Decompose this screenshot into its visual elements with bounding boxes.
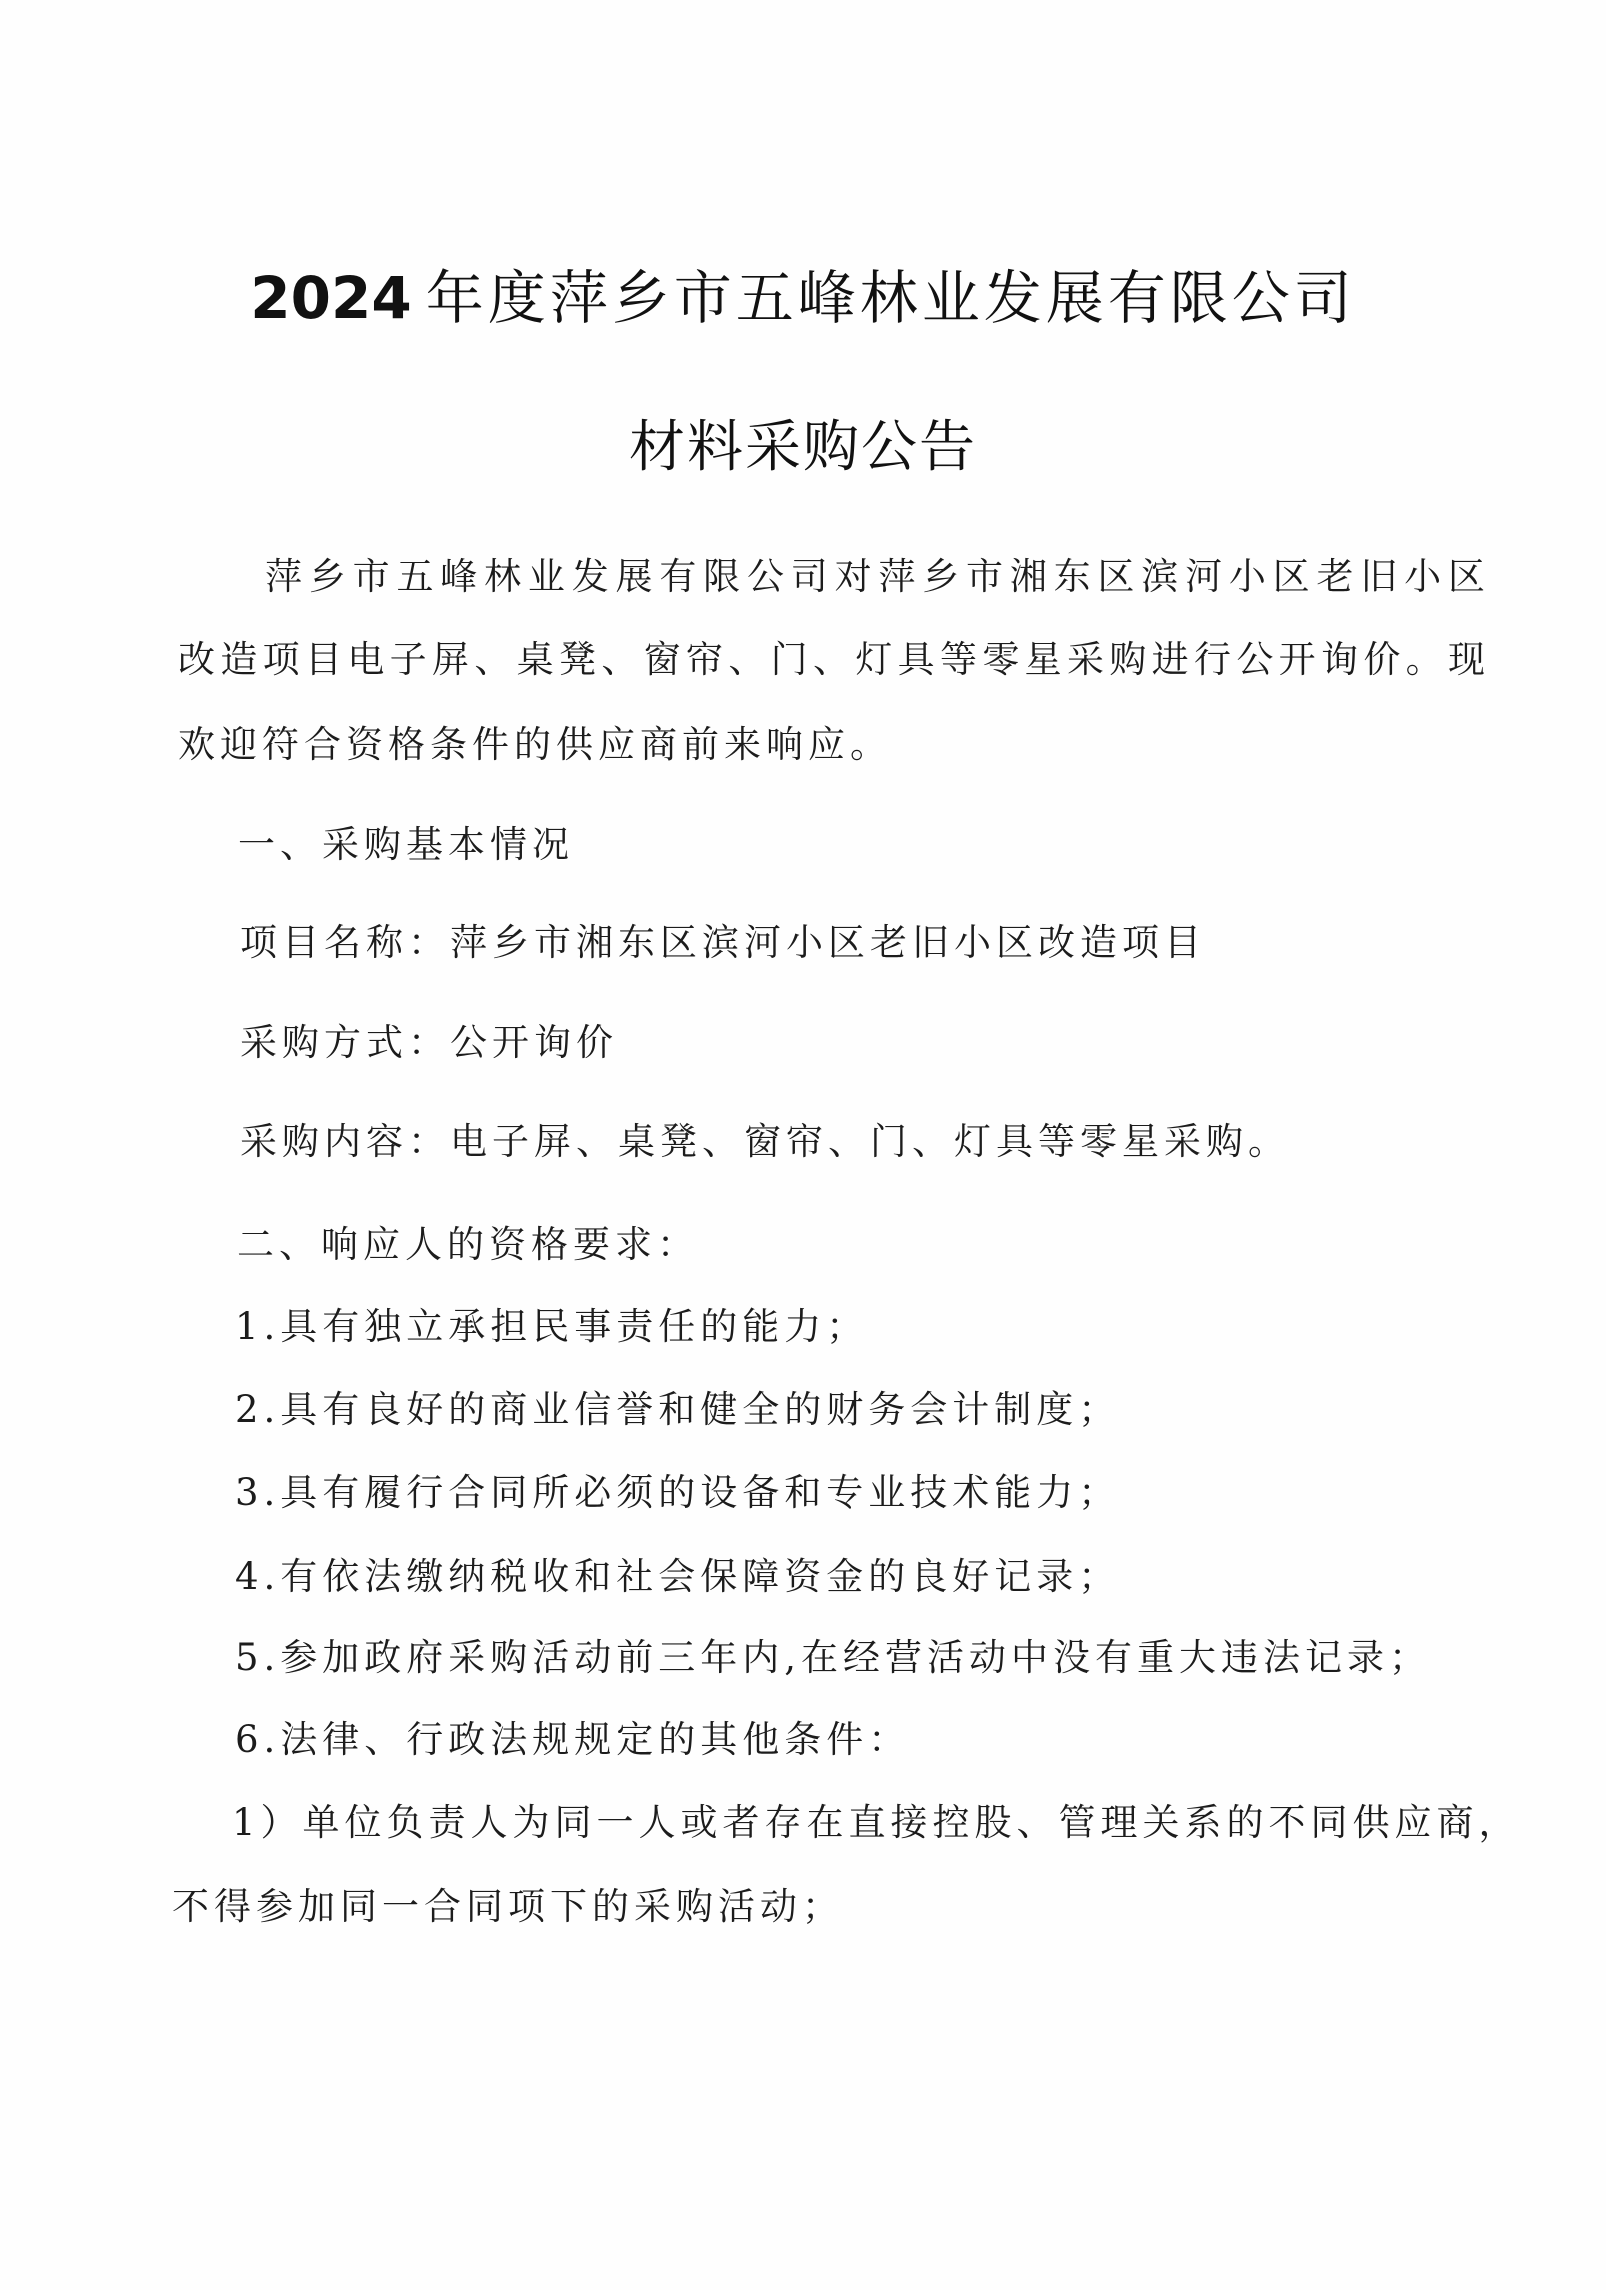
- intro-line-3: 欢迎符合资格条件的供应商前来响应。: [178, 720, 892, 770]
- intro-line-2: 改造项目电子屏、桌凳、窗帘、门、灯具等零星采购进行公开询价。现: [178, 635, 1490, 685]
- requirement-item-4: 4.有依法缴纳税收和社会保障资金的良好记录；: [235, 1552, 1120, 1602]
- requirement-item-2: 2.具有良好的商业信誉和健全的财务会计制度；: [235, 1385, 1120, 1435]
- sub-item-1-line-2: 不得参加同一合同项下的采购活动；: [172, 1882, 844, 1932]
- requirement-item-3: 3.具有履行合同所必须的设备和专业技术能力；: [235, 1468, 1120, 1518]
- section2-heading: 二、响应人的资格要求：: [237, 1220, 699, 1270]
- procurement-content: 采购内容：电子屏、桌凳、窗帘、门、灯具等零星采购。: [240, 1117, 1290, 1167]
- document-subtitle: 材料采购公告: [0, 412, 1606, 484]
- procurement-method: 采购方式：公开询价: [240, 1018, 618, 1068]
- requirement-item-5: 5.参加政府采购活动前三年内,在经营活动中没有重大违法记录；: [235, 1633, 1431, 1683]
- title-company: 年度萍乡市五峰林业发展有限公司: [426, 264, 1356, 332]
- project-name: 项目名称：萍乡市湘东区滨河小区老旧小区改造项目: [240, 918, 1206, 968]
- document-page: 2024年度萍乡市五峰林业发展有限公司 材料采购公告 萍乡市五峰林业发展有限公司…: [0, 0, 1606, 2290]
- section1-heading: 一、采购基本情况: [238, 820, 574, 870]
- requirement-item-1: 1.具有独立承担民事责任的能力；: [235, 1302, 868, 1352]
- title-year: 2024: [250, 264, 411, 332]
- intro-line-1: 萍乡市五峰林业发展有限公司对萍乡市湘东区滨河小区老旧小区: [265, 552, 1490, 602]
- document-title: 2024年度萍乡市五峰林业发展有限公司: [0, 262, 1606, 334]
- sub-item-1-line-1: 1）单位负责人为同一人或者存在直接控股、管理关系的不同供应商，: [232, 1798, 1477, 1848]
- requirement-item-6: 6.法律、行政法规规定的其他条件：: [235, 1715, 910, 1765]
